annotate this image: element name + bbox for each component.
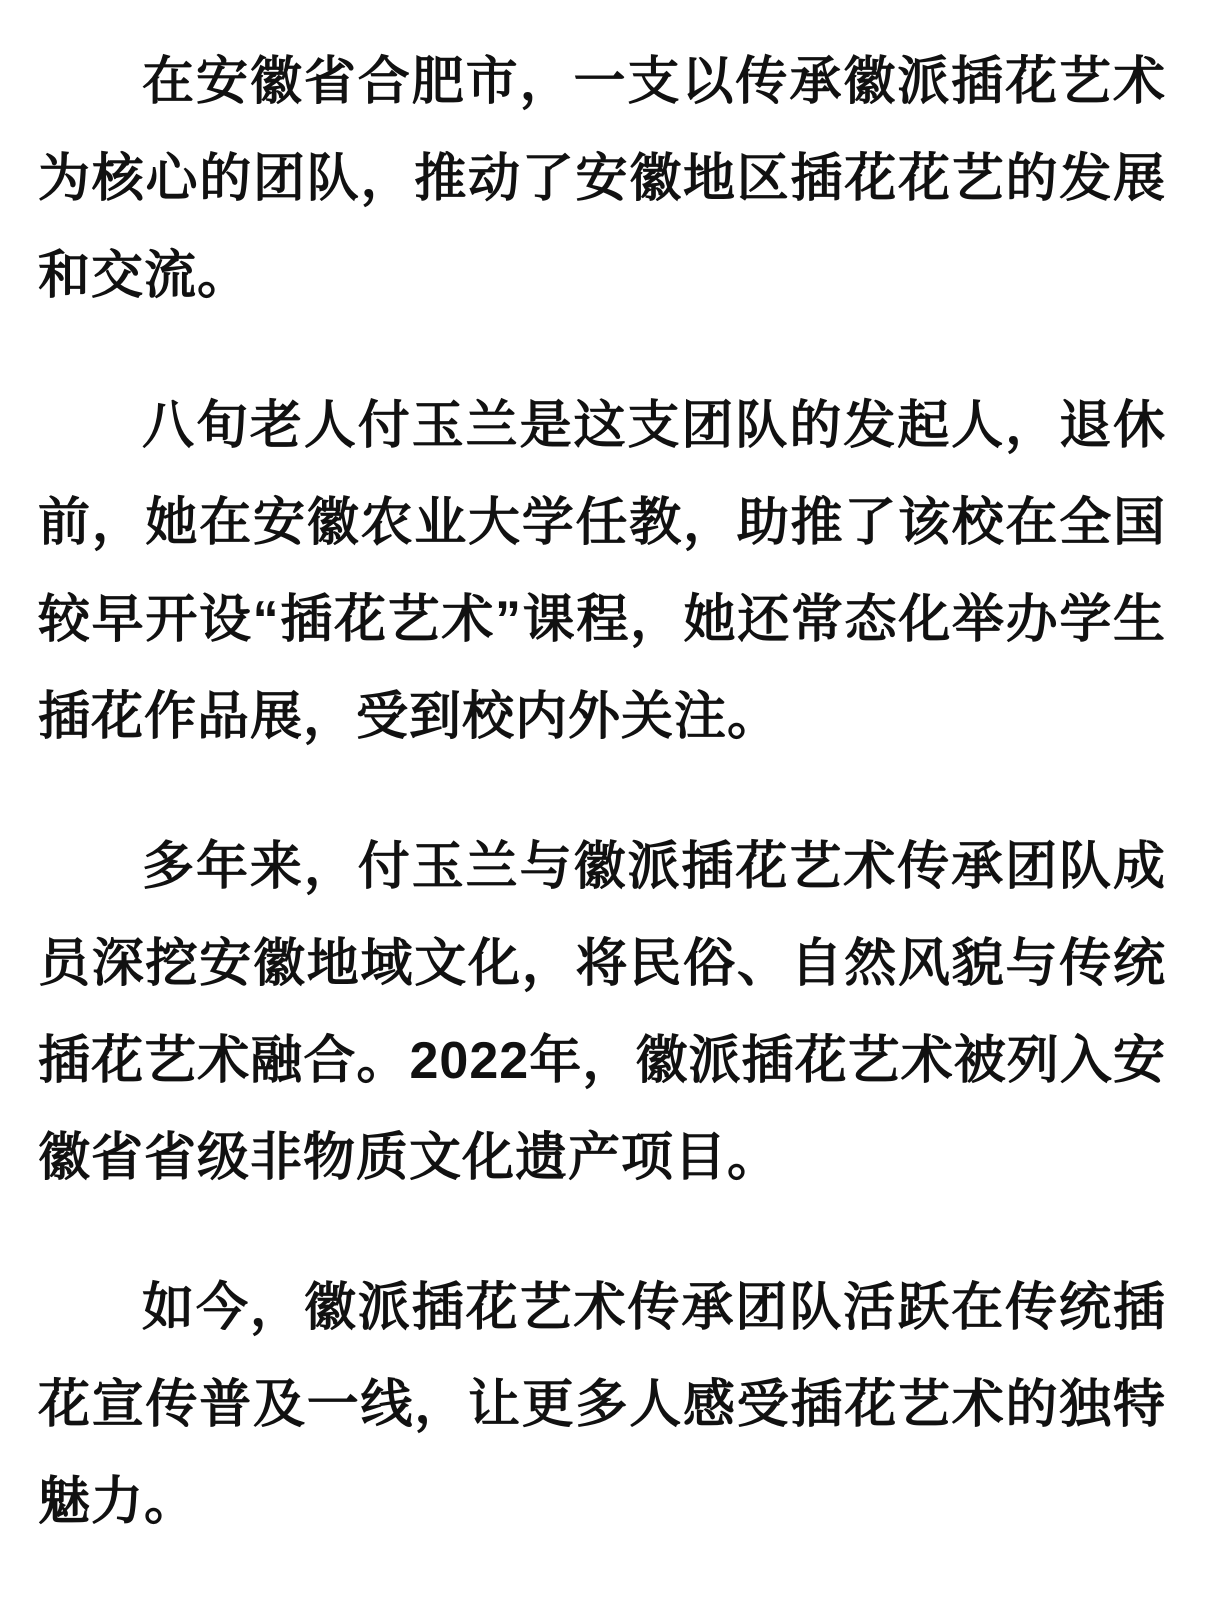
paragraph: 在安徽省合肥市，一支以传承徽派插花艺术为核心的团队，推动了安徽地区插花花艺的发展… — [38, 34, 1166, 325]
paragraph: 八旬老人付玉兰是这支团队的发起人，退休前，她在安徽农业大学任教，助推了该校在全国… — [38, 378, 1166, 766]
paragraph: 多年来，付玉兰与徽派插花艺术传承团队成员深挖安徽地域文化，将民俗、自然风貌与传统… — [38, 819, 1166, 1207]
article-body: 在安徽省合肥市，一支以传承徽派插花艺术为核心的团队，推动了安徽地区插花花艺的发展… — [0, 0, 1206, 1551]
paragraph: 如今，徽派插花艺术传承团队活跃在传统插花宣传普及一线，让更多人感受插花艺术的独特… — [38, 1260, 1166, 1551]
